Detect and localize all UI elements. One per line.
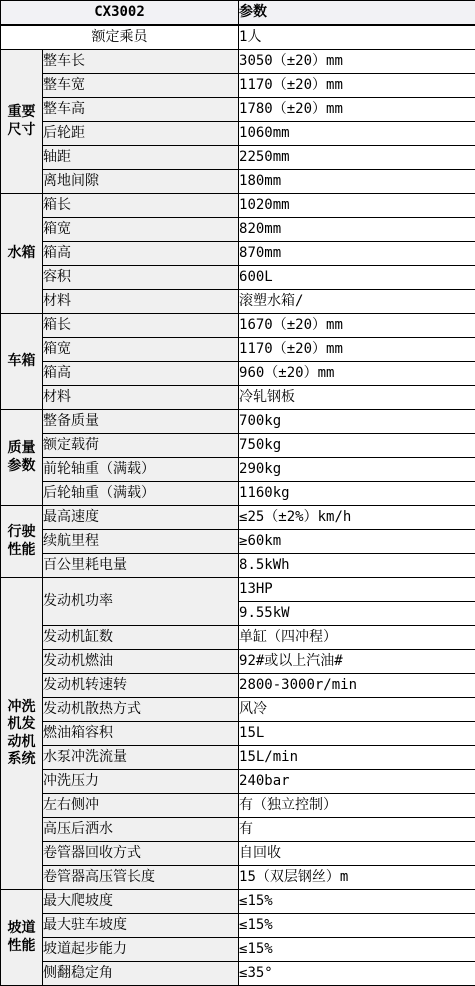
attr-cell: 后轮轴重（满载） <box>43 482 239 506</box>
attr-cell: 高压后洒水 <box>43 818 239 842</box>
table-row: 发动机缸数单缸（四冲程） <box>1 626 475 650</box>
table-row: 水泵冲洗流量15L/min <box>1 746 475 770</box>
crew-row: 额定乘员 1人 <box>1 25 475 50</box>
attr-cell: 发动机散热方式 <box>43 698 239 722</box>
model-header: CX3002 <box>1 1 239 26</box>
attr-cell: 材料 <box>43 386 239 410</box>
attr-cell: 发动机缸数 <box>43 626 239 650</box>
value-cell: ≤35° <box>239 962 475 986</box>
attr-cell: 侧翻稳定角 <box>43 962 239 986</box>
attr-cell: 卷管器高压管长度 <box>43 866 239 890</box>
table-row: 材料滚塑水箱/ <box>1 290 475 314</box>
attr-cell: 整车长 <box>43 50 239 74</box>
table-row: 燃油箱容积15L <box>1 722 475 746</box>
table-row: 整车高1780（±20）mm <box>1 98 475 122</box>
table-row: 水箱箱长1020mm <box>1 194 475 218</box>
attr-cell: 离地间隙 <box>43 170 239 194</box>
attr-cell: 轴距 <box>43 146 239 170</box>
value-cell: 8.5kWh <box>239 554 475 578</box>
value-cell: 3050（±20）mm <box>239 50 475 74</box>
attr-cell: 续航里程 <box>43 530 239 554</box>
table-row: 卷管器高压管长度15（双层钢丝）m <box>1 866 475 890</box>
attr-cell: 前轮轴重（满载） <box>43 458 239 482</box>
table-row: 前轮轴重（满载）290kg <box>1 458 475 482</box>
value-cell: 750kg <box>239 434 475 458</box>
value-cell: 290kg <box>239 458 475 482</box>
section-cell: 冲洗机发动机系统 <box>1 578 43 890</box>
value-cell: ≤15% <box>239 914 475 938</box>
table-row: 行驶性能最高速度≤25（±2%）km/h <box>1 506 475 530</box>
table-row: 发动机转速转2800-3000r/min <box>1 674 475 698</box>
table-row: 冲洗压力240bar <box>1 770 475 794</box>
table-row: 百公里耗电量8.5kWh <box>1 554 475 578</box>
attr-cell: 箱宽 <box>43 218 239 242</box>
value-cell: 1780（±20）mm <box>239 98 475 122</box>
crew-value: 1人 <box>239 25 475 50</box>
section-cell: 重要尺寸 <box>1 50 43 194</box>
attr-cell: 发动机功率 <box>43 578 239 626</box>
attr-cell: 百公里耗电量 <box>43 554 239 578</box>
table-row: 后轮轴重（满载）1160kg <box>1 482 475 506</box>
value-cell: 滚塑水箱/ <box>239 290 475 314</box>
table-row: 侧翻稳定角≤35° <box>1 962 475 986</box>
value-cell: ≤15% <box>239 890 475 914</box>
value-cell: 单缸（四冲程） <box>239 626 475 650</box>
table-row: 卷管器回收方式自回收 <box>1 842 475 866</box>
attr-cell: 坡道起步能力 <box>43 938 239 962</box>
table-row: 箱宽1170（±20）mm <box>1 338 475 362</box>
table-row: 容积600L <box>1 266 475 290</box>
table-row: 最大驻车坡度≤15% <box>1 914 475 938</box>
table-row: 高压后洒水有 <box>1 818 475 842</box>
table-row: 离地间隙180mm <box>1 170 475 194</box>
section-cell: 质量参数 <box>1 410 43 506</box>
value-cell: 1670（±20）mm <box>239 314 475 338</box>
value-cell: ≥60km <box>239 530 475 554</box>
table-row: 材料冷轧钢板 <box>1 386 475 410</box>
attr-cell: 最大爬坡度 <box>43 890 239 914</box>
value-cell: 600L <box>239 266 475 290</box>
table-row: 坡道起步能力≤15% <box>1 938 475 962</box>
value-cell: 240bar <box>239 770 475 794</box>
value-cell: 风冷 <box>239 698 475 722</box>
table-row: 额定载荷750kg <box>1 434 475 458</box>
attr-cell: 水泵冲洗流量 <box>43 746 239 770</box>
table-row: 质量参数整备质量700kg <box>1 410 475 434</box>
value-cell: 700kg <box>239 410 475 434</box>
attr-cell: 箱长 <box>43 194 239 218</box>
table-row: 发动机燃油92#或以上汽油# <box>1 650 475 674</box>
table-row: 后轮距1060mm <box>1 122 475 146</box>
value-cell: 1020mm <box>239 194 475 218</box>
attr-cell: 箱长 <box>43 314 239 338</box>
value-cell: 1170（±20）mm <box>239 338 475 362</box>
attr-cell: 左右侧冲 <box>43 794 239 818</box>
table-row: 续航里程≥60km <box>1 530 475 554</box>
attr-cell: 整车宽 <box>43 74 239 98</box>
attr-cell: 整车高 <box>43 98 239 122</box>
table-row: 整车宽1170（±20）mm <box>1 74 475 98</box>
attr-cell: 发动机燃油 <box>43 650 239 674</box>
value-cell: ≤15% <box>239 938 475 962</box>
table-row: 箱高960（±20）mm <box>1 362 475 386</box>
value-cell: 有 <box>239 818 475 842</box>
value-cell: 1170（±20）mm <box>239 74 475 98</box>
value-cell: 2800-3000r/min <box>239 674 475 698</box>
attr-cell: 后轮距 <box>43 122 239 146</box>
table-row: 重要尺寸整车长3050（±20）mm <box>1 50 475 74</box>
value-cell: 820mm <box>239 218 475 242</box>
table-row: 箱宽820mm <box>1 218 475 242</box>
value-cell: 13HP <box>239 578 475 602</box>
value-cell: 自回收 <box>239 842 475 866</box>
attr-cell: 箱高 <box>43 362 239 386</box>
table-row: 坡道性能最大爬坡度≤15% <box>1 890 475 914</box>
attr-cell: 箱高 <box>43 242 239 266</box>
value-cell: 870mm <box>239 242 475 266</box>
attr-cell: 容积 <box>43 266 239 290</box>
attr-cell: 最大驻车坡度 <box>43 914 239 938</box>
value-cell: 冷轧钢板 <box>239 386 475 410</box>
table-row: 轴距2250mm <box>1 146 475 170</box>
section-cell: 行驶性能 <box>1 506 43 578</box>
value-cell: 2250mm <box>239 146 475 170</box>
value-cell: 有（独立控制） <box>239 794 475 818</box>
section-cell: 车箱 <box>1 314 43 410</box>
attr-cell: 最高速度 <box>43 506 239 530</box>
value-cell: 15L/min <box>239 746 475 770</box>
spec-table: CX3002 参数 额定乘员 1人 重要尺寸整车长3050（±20）mm整车宽1… <box>0 0 475 986</box>
section-cell: 坡道性能 <box>1 890 43 986</box>
crew-label: 额定乘员 <box>1 25 239 50</box>
table-row: 车箱箱长1670（±20）mm <box>1 314 475 338</box>
attr-cell: 材料 <box>43 290 239 314</box>
attr-cell: 燃油箱容积 <box>43 722 239 746</box>
table-row: 左右侧冲有（独立控制） <box>1 794 475 818</box>
attr-cell: 箱宽 <box>43 338 239 362</box>
table-row: 冲洗机发动机系统发动机功率13HP <box>1 578 475 602</box>
attr-cell: 整备质量 <box>43 410 239 434</box>
value-cell: 15（双层钢丝）m <box>239 866 475 890</box>
value-cell: 960（±20）mm <box>239 362 475 386</box>
attr-cell: 卷管器回收方式 <box>43 842 239 866</box>
header-row: CX3002 参数 <box>1 1 475 26</box>
value-cell: 1160kg <box>239 482 475 506</box>
attr-cell: 发动机转速转 <box>43 674 239 698</box>
attr-cell: 额定载荷 <box>43 434 239 458</box>
section-cell: 水箱 <box>1 194 43 314</box>
attr-cell: 冲洗压力 <box>43 770 239 794</box>
value-cell: 1060mm <box>239 122 475 146</box>
table-row: 箱高870mm <box>1 242 475 266</box>
value-cell: 9.55kW <box>239 602 475 626</box>
value-cell: 92#或以上汽油# <box>239 650 475 674</box>
table-row: 发动机散热方式风冷 <box>1 698 475 722</box>
value-cell: 180mm <box>239 170 475 194</box>
param-header: 参数 <box>239 1 475 26</box>
value-cell: 15L <box>239 722 475 746</box>
value-cell: ≤25（±2%）km/h <box>239 506 475 530</box>
